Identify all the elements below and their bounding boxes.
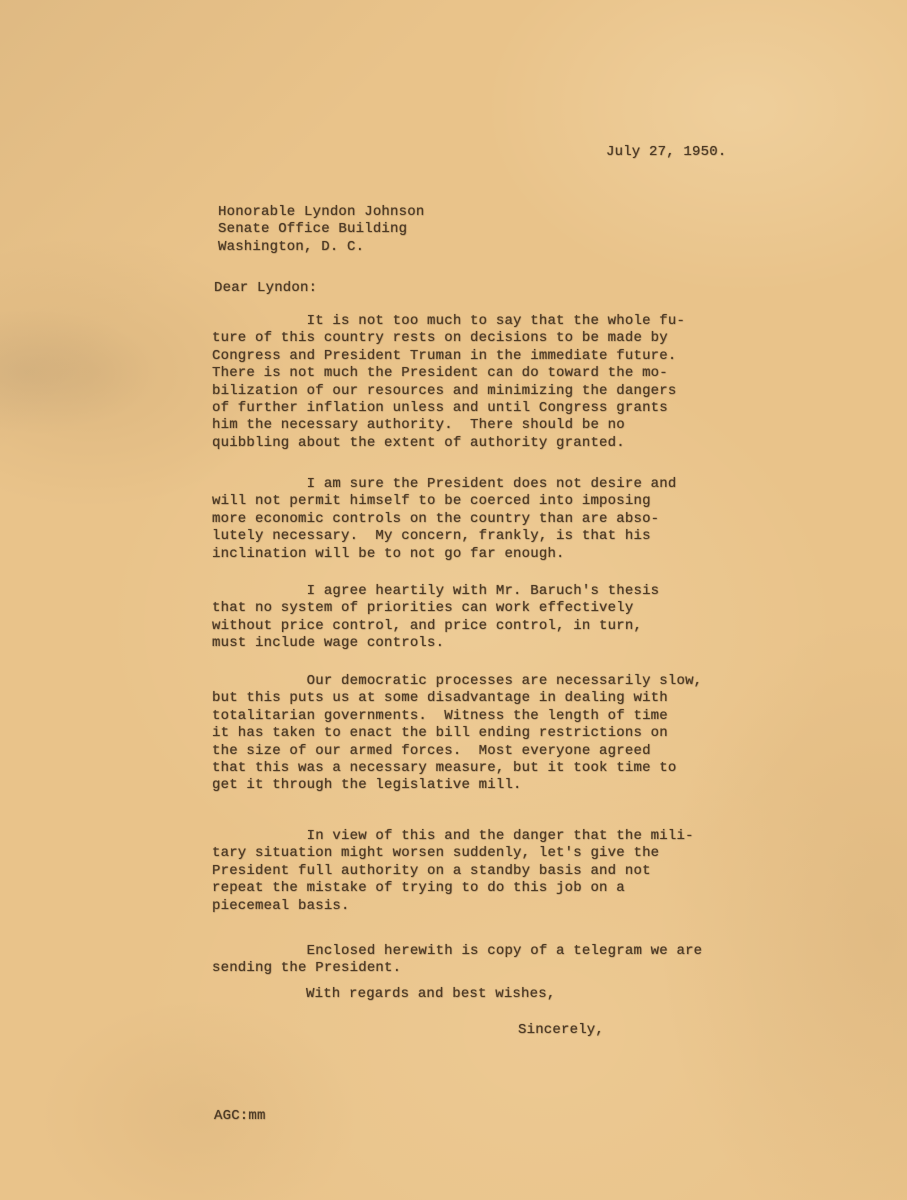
letter-page: July 27, 1950. Honorable Lyndon Johnson … (0, 0, 907, 1200)
date-line: July 27, 1950. (606, 144, 726, 161)
paragraph: I am sure the President does not desire … (212, 476, 676, 563)
closing-line: With regards and best wishes, (306, 986, 555, 1003)
typist-initials: AGC:mm (214, 1108, 266, 1125)
paragraph: It is not too much to say that the whole… (212, 313, 685, 452)
salutation: Dear Lyndon: (214, 280, 317, 297)
paragraph: Our democratic processes are necessarily… (212, 673, 702, 795)
paragraph: I agree heartily with Mr. Baruch's thesi… (212, 583, 659, 653)
signoff: Sincerely, (518, 1022, 604, 1039)
paragraph: Enclosed herewith is copy of a telegram … (212, 943, 702, 978)
recipient-address: Honorable Lyndon Johnson Senate Office B… (218, 204, 424, 256)
paragraph: In view of this and the danger that the … (212, 828, 694, 915)
